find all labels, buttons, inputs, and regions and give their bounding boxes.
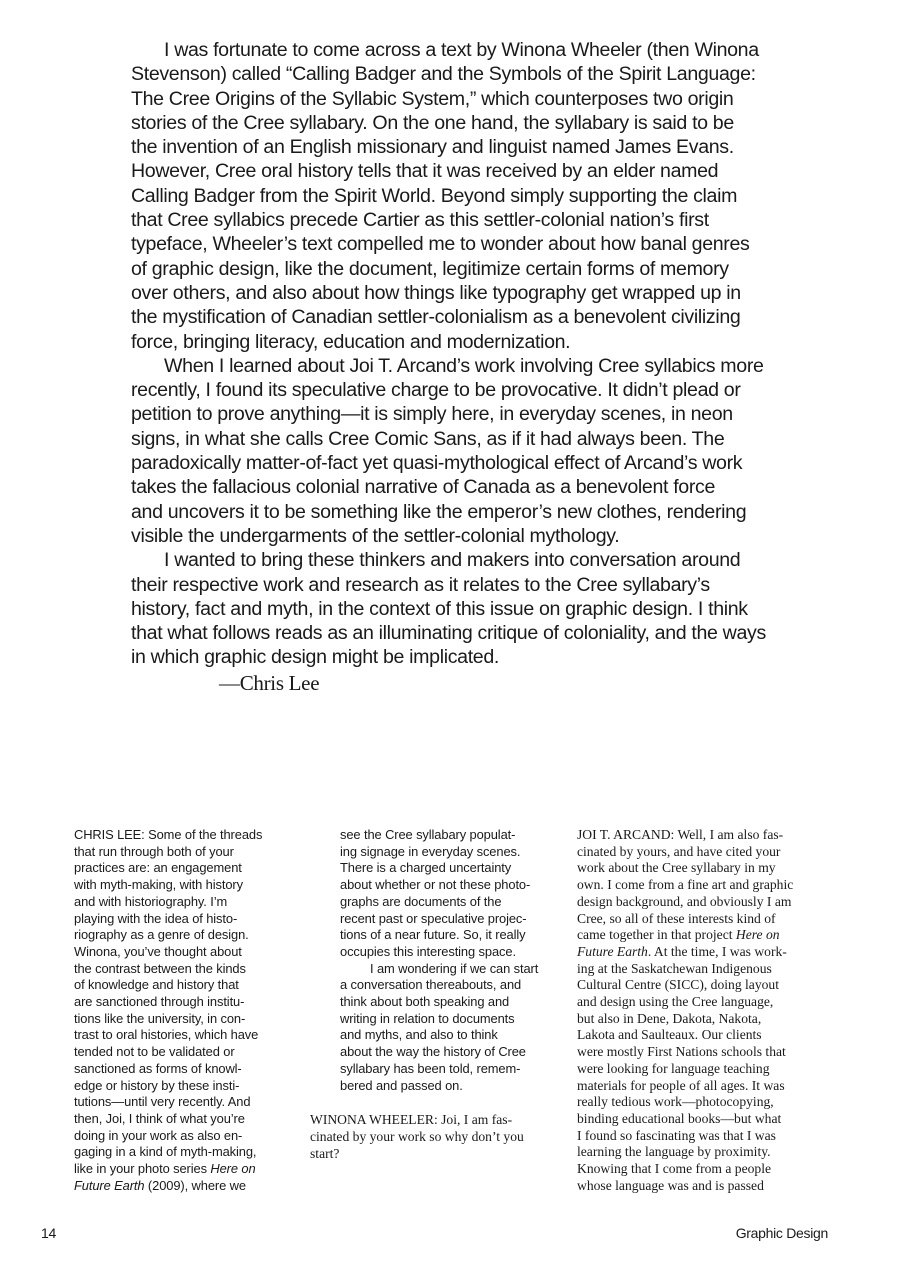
work-title: Future Earth <box>577 944 648 959</box>
text-line: history, fact and myth, in the context o… <box>131 597 831 621</box>
text-line: I was fortunate to come across a text by… <box>131 38 831 62</box>
text-line: practices are: an engagement <box>74 860 289 877</box>
text-line: tions of a near future. So, it really <box>340 927 555 944</box>
text-line: in which graphic design might be implica… <box>131 645 831 669</box>
text-line: force, bringing literacy, education and … <box>131 330 831 354</box>
text-line: typeface, Wheeler’s text compelled me to… <box>131 232 831 256</box>
text-line: syllabary has been told, remem- <box>340 1061 555 1078</box>
text-line: like in your photo series Here on <box>74 1161 289 1178</box>
text-line: came together in that project Here on <box>577 927 827 944</box>
text-line: takes the fallacious colonial narrative … <box>131 475 831 499</box>
text-line: their respective work and research as it… <box>131 573 831 597</box>
text-fragment: came together in that project <box>577 927 736 942</box>
text-line: recently, I found its speculative charge… <box>131 378 831 402</box>
text-fragment: like in your photo series <box>74 1161 210 1176</box>
text-line: Winona, you’ve thought about <box>74 944 289 961</box>
text-line: There is a charged uncertainty <box>340 860 555 877</box>
text-line: that run through both of your <box>74 844 289 861</box>
text-line: design background, and obviously I am <box>577 894 827 911</box>
text-line: I wanted to bring these thinkers and mak… <box>131 548 831 572</box>
text-line: were looking for language teaching <box>577 1061 827 1078</box>
text-line: sanctioned as forms of knowl- <box>74 1061 289 1078</box>
text-line: gaging in a kind of myth-making, <box>74 1144 289 1161</box>
text-line: see the Cree syllabary populat- <box>340 827 555 844</box>
interview-column-1: CHRIS LEE: Some of the threads that run … <box>74 827 289 1194</box>
text-line: doing in your work as also en- <box>74 1128 289 1145</box>
text-line: materials for people of all ages. It was <box>577 1078 827 1095</box>
text-line: but also in Dene, Dakota, Nakota, <box>577 1011 827 1028</box>
text-line: a conversation thereabouts, and <box>340 977 555 994</box>
text-line: and myths, and also to think <box>340 1027 555 1044</box>
text-line: that Cree syllabics precede Cartier as t… <box>131 208 831 232</box>
introduction: I was fortunate to come across a text by… <box>131 38 831 696</box>
interview-column-2: see the Cree syllabary populat- ing sign… <box>340 827 555 1162</box>
work-title: Here on <box>210 1161 255 1176</box>
text-line: paradoxically matter-of-fact yet quasi-m… <box>131 451 831 475</box>
text-line: bered and passed on. <box>340 1078 555 1095</box>
text-line: learning the language by proximity. <box>577 1144 827 1161</box>
text-line: really tedious work—photocopying, <box>577 1094 827 1111</box>
text-line: playing with the idea of histo- <box>74 911 289 928</box>
work-title: Future Earth <box>74 1178 144 1193</box>
text-line: think about both speaking and <box>340 994 555 1011</box>
text-line: Cultural Centre (SICC), doing layout <box>577 977 827 994</box>
intro-paragraph-2: When I learned about Joi T. Arcand’s wor… <box>131 354 831 548</box>
text-line: Future Earth (2009), where we <box>74 1178 289 1195</box>
text-line: recent past or speculative projec- <box>340 911 555 928</box>
text-line: that what follows reads as an illuminati… <box>131 621 831 645</box>
text-line: the contrast between the kinds <box>74 961 289 978</box>
text-line: The Cree Origins of the Syllabic System,… <box>131 87 831 111</box>
text-line: trast to oral histories, which have <box>74 1027 289 1044</box>
text-fragment: (2009), where we <box>144 1178 245 1193</box>
text-line: then, Joi, I think of what you’re <box>74 1111 289 1128</box>
intro-paragraph-1: I was fortunate to come across a text by… <box>131 38 831 354</box>
text-line: and with historiography. I’m <box>74 894 289 911</box>
text-line: start? <box>310 1146 555 1163</box>
text-line: WINONA WHEELER: Joi, I am fas- <box>310 1112 555 1129</box>
text-line: the invention of an English missionary a… <box>131 135 831 159</box>
text-line: Calling Badger from the Spirit World. Be… <box>131 184 831 208</box>
text-line: However, Cree oral history tells that it… <box>131 159 831 183</box>
text-line: writing in relation to documents <box>340 1011 555 1028</box>
text-line: of graphic design, like the document, le… <box>131 257 831 281</box>
text-line: binding educational books—but what <box>577 1111 827 1128</box>
text-line: I am wondering if we can start <box>340 961 555 978</box>
intro-paragraph-3: I wanted to bring these thinkers and mak… <box>131 548 831 669</box>
text-line: were mostly First Nations schools that <box>577 1044 827 1061</box>
text-line: cinated by yours, and have cited your <box>577 844 827 861</box>
text-line: tutions—until very recently. And <box>74 1094 289 1111</box>
text-line: occupies this interesting space. <box>340 944 555 961</box>
text-line: work about the Cree syllabary in my <box>577 860 827 877</box>
text-line: are sanctioned through institu- <box>74 994 289 1011</box>
author-signature: —Chris Lee <box>131 670 831 696</box>
text-line: signs, in what she calls Cree Comic Sans… <box>131 427 831 451</box>
text-line: tended not to be validated or <box>74 1044 289 1061</box>
text-line: Knowing that I come from a people <box>577 1161 827 1178</box>
text-line: the mystification of Canadian settler-co… <box>131 305 831 329</box>
text-line: visible the undergarments of the settler… <box>131 524 831 548</box>
text-line: When I learned about Joi T. Arcand’s wor… <box>131 354 831 378</box>
text-line: Cree, so all of these interests kind of <box>577 911 827 928</box>
interview-column-3: JOI T. ARCAND: Well, I am also fas- cina… <box>577 827 827 1194</box>
text-line: with myth-making, with history <box>74 877 289 894</box>
text-line: stories of the Cree syllabary. On the on… <box>131 111 831 135</box>
text-line: graphs are documents of the <box>340 894 555 911</box>
text-line: JOI T. ARCAND: Well, I am also fas- <box>577 827 827 844</box>
text-line: about the way the history of Cree <box>340 1044 555 1061</box>
running-title: Graphic Design <box>736 1225 828 1241</box>
text-line: about whether or not these photo- <box>340 877 555 894</box>
text-line: edge or history by these insti- <box>74 1078 289 1095</box>
text-fragment: . At the time, I was work- <box>648 944 787 959</box>
text-line: Lakota and Saulteaux. Our clients <box>577 1027 827 1044</box>
text-line: ing at the Saskatchewan Indigenous <box>577 961 827 978</box>
work-title: Here on <box>736 927 780 942</box>
text-line: cinated by your work so why don’t you <box>310 1129 555 1146</box>
text-line: over others, and also about how things l… <box>131 281 831 305</box>
text-line: ing signage in everyday scenes. <box>340 844 555 861</box>
text-line: riography as a genre of design. <box>74 927 289 944</box>
text-line: and design using the Cree language, <box>577 994 827 1011</box>
text-line: I found so fascinating was that I was <box>577 1128 827 1145</box>
text-line: CHRIS LEE: Some of the threads <box>74 827 289 844</box>
text-line: own. I come from a fine art and graphic <box>577 877 827 894</box>
text-line: Future Earth. At the time, I was work- <box>577 944 827 961</box>
text-line: of knowledge and history that <box>74 977 289 994</box>
text-line: petition to prove anything—it is simply … <box>131 402 831 426</box>
winona-wheeler-remark: WINONA WHEELER: Joi, I am fas- cinated b… <box>310 1112 555 1162</box>
page-number: 14 <box>41 1225 56 1241</box>
text-line: and uncovers it to be something like the… <box>131 500 831 524</box>
text-line: whose language was and is passed <box>577 1178 827 1195</box>
text-line: Stevenson) called “Calling Badger and th… <box>131 62 831 86</box>
text-line: tions like the university, in con- <box>74 1011 289 1028</box>
